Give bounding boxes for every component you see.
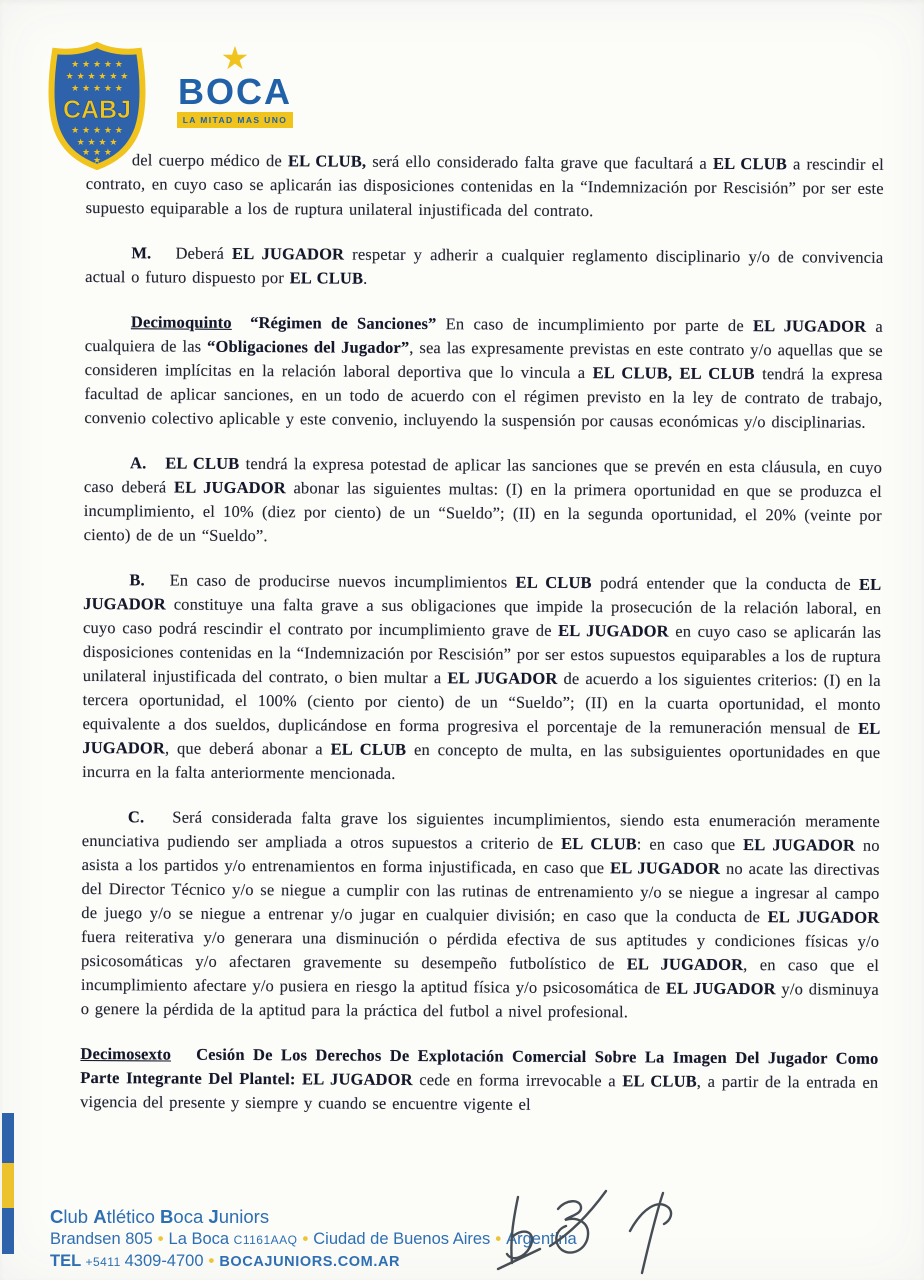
- signature-mark-1: [498, 1197, 540, 1269]
- text-run: oca: [173, 1206, 208, 1227]
- text-run: EL CLUB: [516, 573, 592, 592]
- contract-paragraph: Decimosexto Cesión De Los Derechos De Ex…: [80, 1042, 878, 1119]
- text-run: B: [160, 1206, 173, 1227]
- text-run: A: [93, 1206, 106, 1227]
- text-run: EL CLUB: [622, 1071, 697, 1090]
- text-run: : en caso que: [637, 834, 743, 854]
- text-run: tlético: [107, 1206, 160, 1227]
- text-run: EL JUGADOR: [627, 954, 743, 974]
- text-run: EL JUGADOR: [753, 316, 866, 336]
- svg-text:★ ★ ★ ★ ★: ★ ★ ★ ★ ★: [71, 84, 123, 94]
- text-run: EL CLUB: [331, 740, 407, 759]
- signature-mark-3: [630, 1193, 671, 1273]
- text-run: M.: [131, 243, 151, 262]
- text-run: EL CLUB: [165, 453, 239, 472]
- text-run: EL CLUB,: [288, 151, 366, 170]
- text-run: EL JUGADOR: [666, 979, 776, 999]
- stripe-yellow-mid: [2, 1163, 14, 1208]
- text-run: , que deberá abonar a: [165, 738, 331, 758]
- text-run: “Obligaciones del Jugador”: [207, 337, 409, 357]
- text-run: EL JUGADOR: [232, 244, 344, 264]
- text-run: J: [208, 1206, 218, 1227]
- contract-paragraph: Decimoquinto “Régimen de Sanciones” En c…: [84, 310, 883, 435]
- text-run: EL CLUB: [290, 268, 364, 287]
- text-run: EL JUGADOR: [768, 907, 880, 927]
- text-run: Deberá: [151, 243, 232, 262]
- svg-text:★: ★: [93, 156, 101, 166]
- text-run: A.: [130, 453, 146, 472]
- text-run: La Boca: [169, 1230, 234, 1248]
- text-run: En caso de incumplimiento por parte de: [436, 314, 753, 335]
- text-run: Decimosexto: [80, 1044, 171, 1064]
- contract-paragraph: B. En caso de producirse nuevos incumpli…: [82, 568, 881, 789]
- text-run: Brandsen 805: [50, 1230, 153, 1248]
- stripe-blue-top: [2, 1113, 14, 1163]
- text-run: será ello considerado falta grave que fa…: [366, 152, 713, 173]
- text-run: podrá entender que la conducta de: [592, 573, 859, 594]
- text-run: BOCAJUNIORS.COM.AR: [219, 1254, 400, 1270]
- contract-body-text: del cuerpo médico de EL CLUB, será ello …: [80, 148, 884, 1140]
- text-run: C: [50, 1206, 63, 1227]
- contract-paragraph: C. Será considerada falta grave los sigu…: [81, 805, 880, 1026]
- boca-crest-logo: ★ ★ ★ ★ ★ ★ ★ ★ ★ ★ ★ ★ ★ ★ ★ ★ ★ ★ ★ ★ …: [45, 42, 149, 170]
- contract-paragraph: del cuerpo médico de EL CLUB, será ello …: [86, 148, 884, 225]
- text-run: •: [204, 1252, 220, 1270]
- text-run: •: [153, 1230, 169, 1248]
- svg-text:★ ★ ★ ★ ★ ★: ★ ★ ★ ★ ★ ★: [66, 72, 129, 82]
- handwritten-initials: [492, 1183, 702, 1280]
- text-run: +5411: [85, 1255, 124, 1269]
- svg-text:★ ★ ★ ★ ★: ★ ★ ★ ★ ★: [71, 126, 123, 136]
- scanned-contract-page: ★ ★ ★ ★ ★ ★ ★ ★ ★ ★ ★ ★ ★ ★ ★ ★ ★ ★ ★ ★ …: [0, 0, 924, 1280]
- boca-wordmark: BOCA: [177, 76, 293, 108]
- text-run: EL JUGADOR: [174, 478, 286, 498]
- text-run: Ciudad de Buenos Aires: [313, 1230, 490, 1248]
- text-run: TEL: [50, 1252, 85, 1270]
- text-run: C1161AAQ: [234, 1233, 298, 1247]
- svg-text:★ ★ ★ ★ ★: ★ ★ ★ ★ ★: [71, 60, 123, 70]
- contract-paragraph: A. EL CLUB tendrá la expresa potestad de…: [84, 451, 883, 552]
- text-run: EL CLUB: [713, 154, 787, 173]
- text-run: lub: [63, 1206, 93, 1227]
- text-run: [146, 453, 165, 472]
- text-run: uniors: [219, 1206, 269, 1227]
- text-run: EL CLUB, EL CLUB: [593, 363, 755, 383]
- signature-mark-2: [550, 1191, 606, 1253]
- boca-tagline-banner: LA MITAD MAS UNO: [177, 112, 293, 128]
- text-run: “Régimen de Sanciones”: [232, 313, 437, 333]
- footer-accent-stripe: [2, 1113, 14, 1254]
- text-run: 4309-4700: [125, 1252, 204, 1270]
- text-run: del cuerpo médico de: [132, 150, 288, 170]
- crest-initials: CABJ: [63, 96, 131, 124]
- text-run: EL JUGADOR: [610, 858, 720, 878]
- text-run: •: [297, 1230, 313, 1248]
- text-run: B.: [129, 570, 145, 589]
- text-run: EL JUGADOR: [447, 668, 557, 688]
- svg-text:★ ★ ★ ★: ★ ★ ★ ★: [77, 138, 118, 148]
- text-run: .: [363, 269, 367, 288]
- text-run: EL JUGADOR: [558, 621, 669, 641]
- contract-paragraph: M. Deberá EL JUGADOR respetar y adherir …: [85, 241, 883, 294]
- text-run: Decimoquinto: [131, 312, 232, 332]
- text-run: EL JUGADOR: [743, 835, 855, 855]
- text-run: C.: [128, 807, 144, 826]
- text-run: EL CLUB: [561, 834, 637, 853]
- boca-wordmark-block: ★ BOCA LA MITAD MAS UNO: [177, 42, 293, 128]
- stripe-blue-bottom: [2, 1208, 14, 1254]
- text-run: En caso de producirse nuevos incumplimie…: [145, 570, 516, 591]
- text-run: cede en forma irrevocable a: [413, 1070, 623, 1090]
